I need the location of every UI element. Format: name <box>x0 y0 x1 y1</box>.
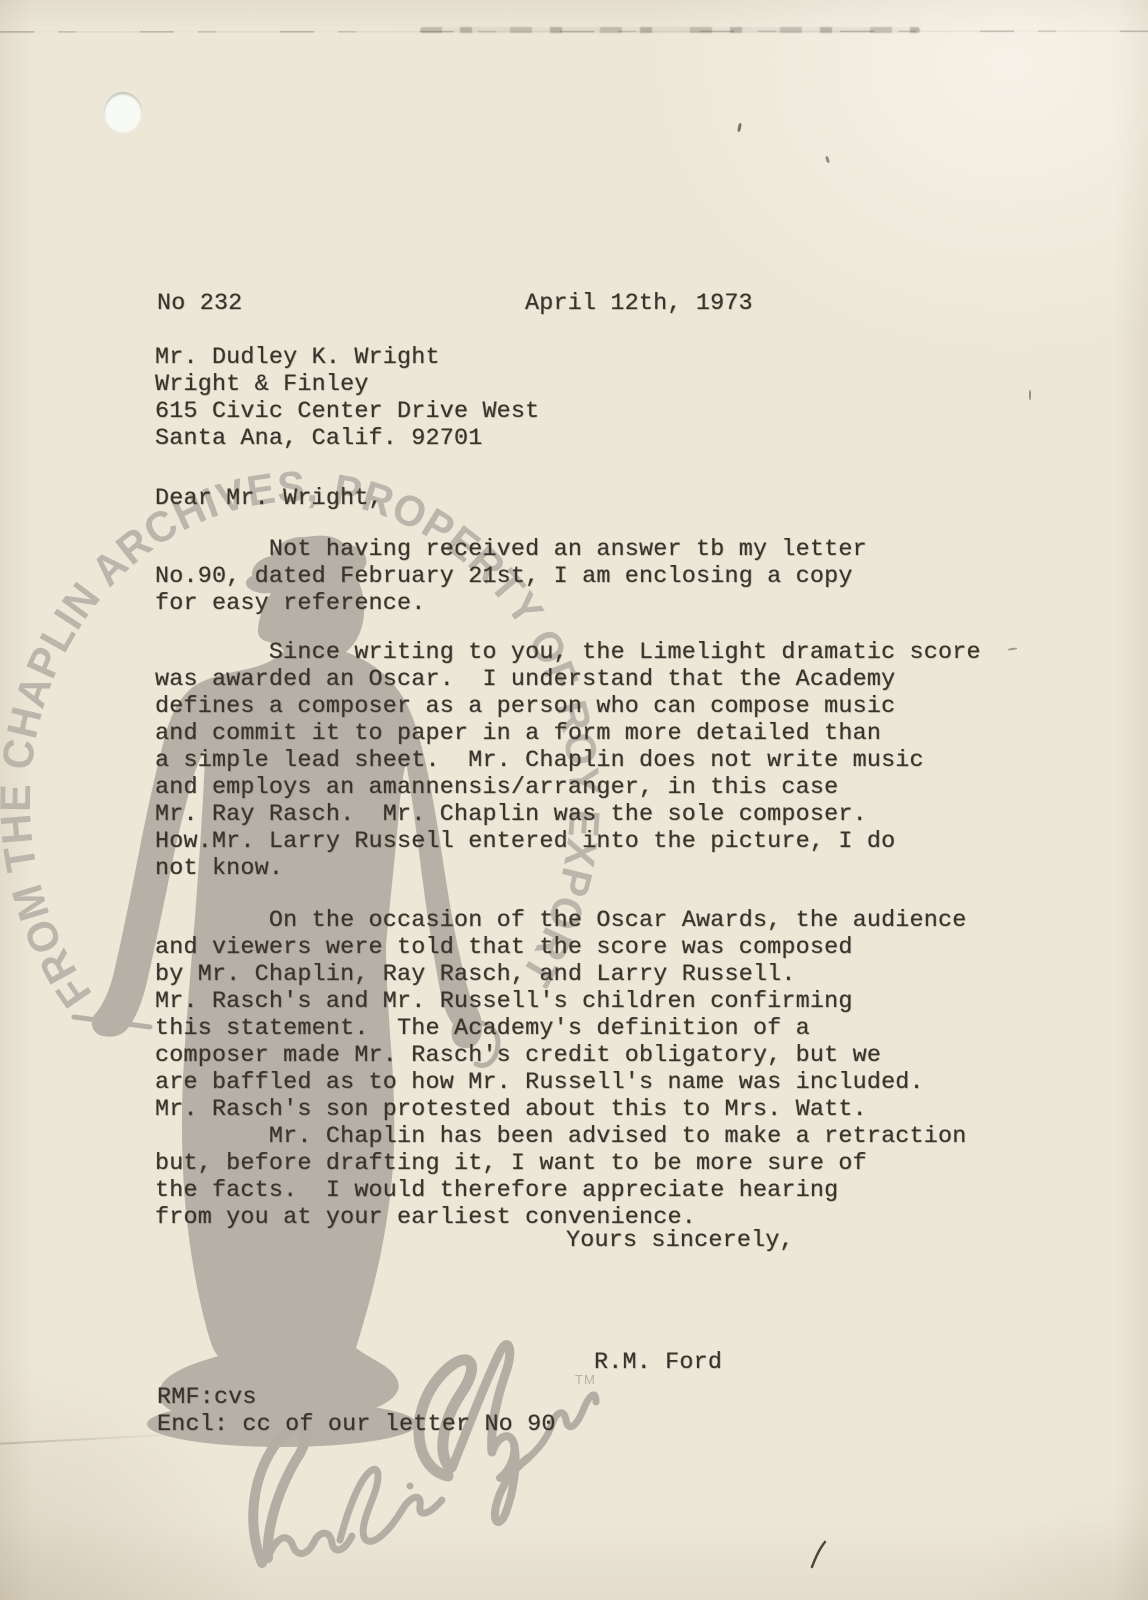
paragraph-3: On the occasion of the Oscar Awards, the… <box>155 908 967 1124</box>
scan-scratch-line-dark <box>420 27 920 33</box>
letter-page: FROM THE CHAPLIN ARCHIVES, PROPERTY OF R… <box>0 0 1148 1600</box>
letter-date: April 12th, 1973 <box>525 291 753 318</box>
ink-speck <box>1029 390 1031 400</box>
hole-punch <box>104 92 142 132</box>
paragraph-2: Since writing to you, the Limelight dram… <box>155 640 981 883</box>
recipient-address-block: Mr. Dudley K. Wright Wright & Finley 615… <box>155 345 539 453</box>
paragraph-1: Not having received an answer tb my lett… <box>155 537 867 618</box>
ink-speck <box>825 156 830 164</box>
enclosure-note: Encl: cc of our letter No 90 <box>157 1412 556 1439</box>
paragraph-4: Mr. Chaplin has been advised to make a r… <box>155 1124 967 1232</box>
salutation: Dear Mr. Wright, <box>155 486 383 513</box>
ink-speck <box>737 123 742 132</box>
signer-name: R.M. Ford <box>594 1350 722 1377</box>
closing-line: Yours sincerely, <box>566 1228 794 1255</box>
charlie-chaplin-signature <box>253 1345 596 1563</box>
signature-trademark-label: TM <box>575 1372 596 1387</box>
cane-icon <box>74 1017 150 1027</box>
ink-speck <box>1008 647 1017 650</box>
reference-number: No 232 <box>157 291 242 318</box>
typist-initials: RMF:cvs <box>157 1385 257 1412</box>
pen-slash-mark <box>812 1542 825 1567</box>
